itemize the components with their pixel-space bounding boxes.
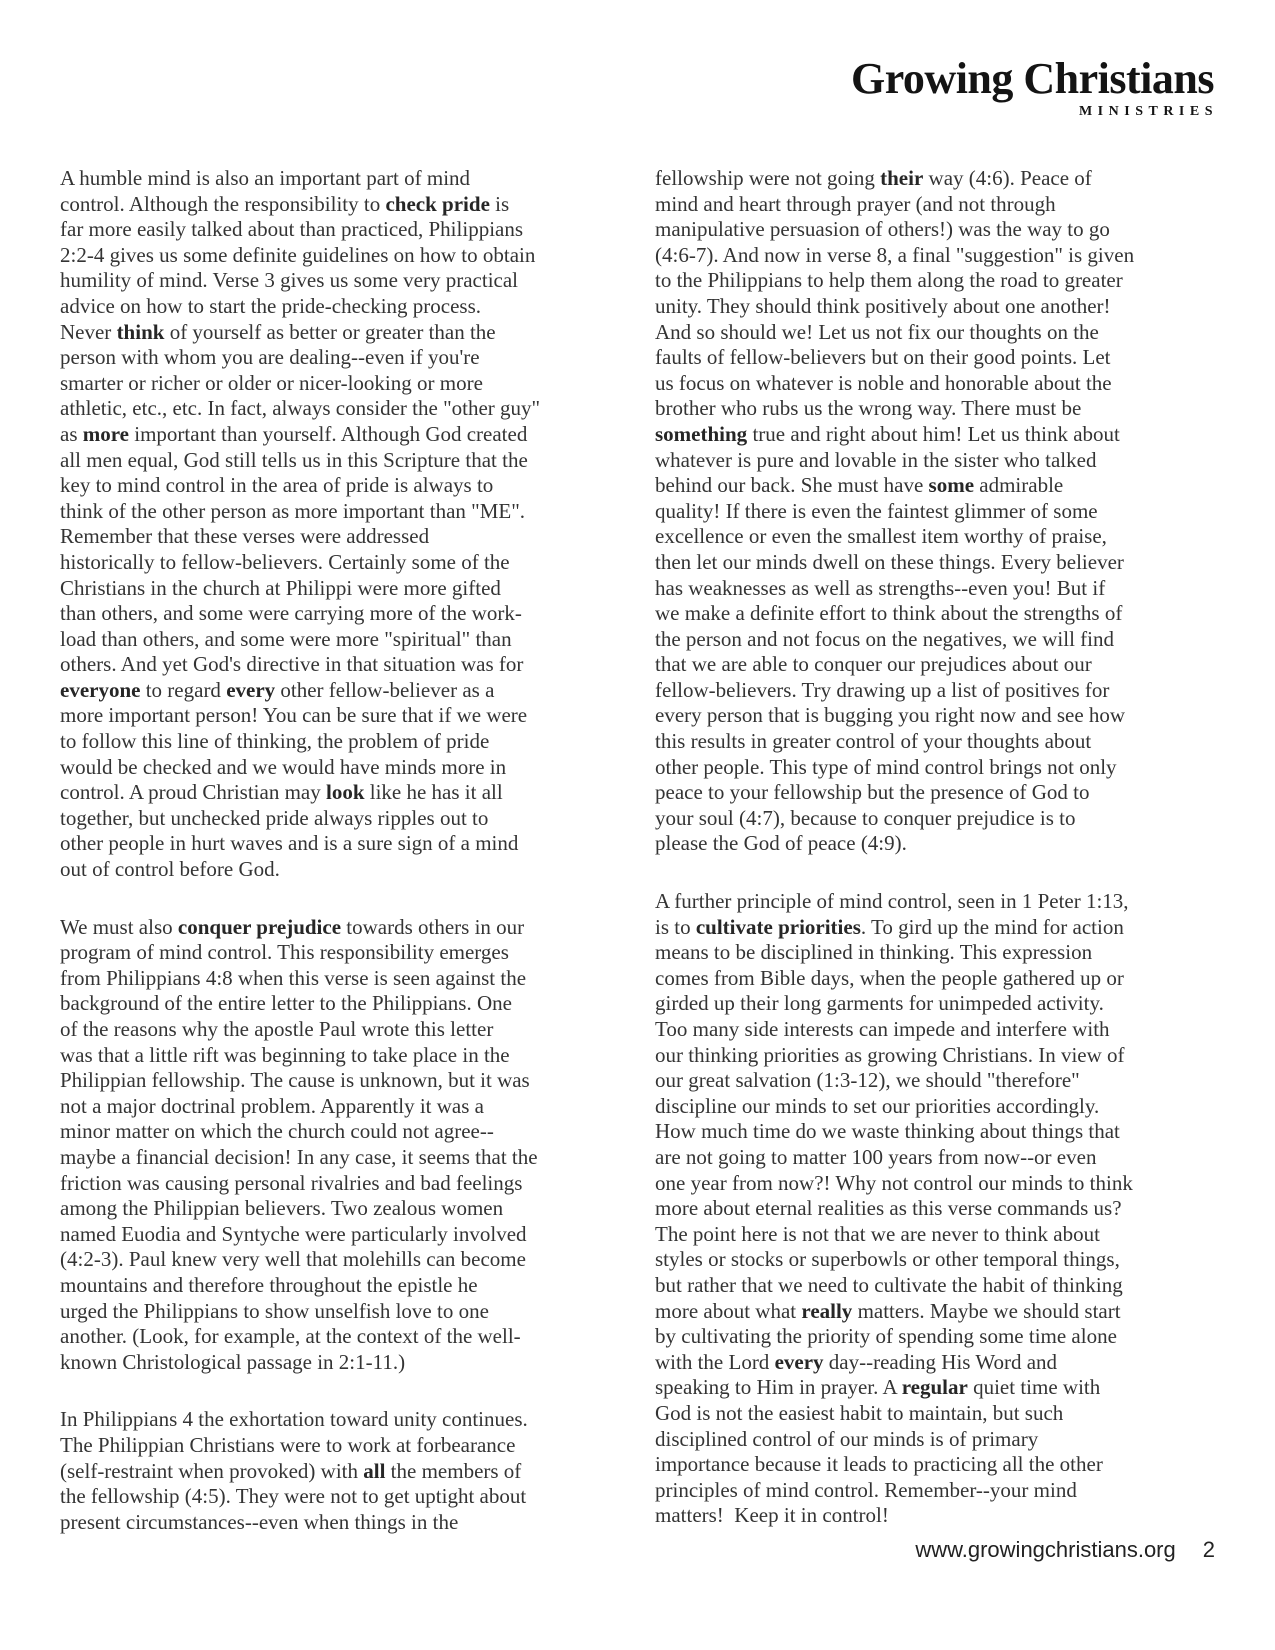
logo-title: Growing Christians: [851, 57, 1214, 101]
text-line: girded up their long garments for unimpe…: [655, 991, 1212, 1017]
text-line: program of mind control. This responsibi…: [60, 940, 617, 966]
paragraph: In Philippians 4 the exhortation toward …: [60, 1407, 617, 1535]
text-line: 2:2-4 gives us some definite guidelines …: [60, 243, 617, 269]
text-line: the person and not focus on the negative…: [655, 627, 1212, 653]
text-line: Too many side interests can impede and i…: [655, 1017, 1212, 1043]
text-line: (4:2-3). Paul knew very well that molehi…: [60, 1247, 617, 1273]
text-line: known Christological passage in 2:1-11.): [60, 1350, 617, 1376]
text-line: one year from now?! Why not control our …: [655, 1171, 1212, 1197]
text-line: would be checked and we would have minds…: [60, 755, 617, 781]
text-line: behind our back. She must have some admi…: [655, 473, 1212, 499]
text-line: And so should we! Let us not fix our tho…: [655, 320, 1212, 346]
text-line: was that a little rift was beginning to …: [60, 1043, 617, 1069]
logo-subtitle: MINISTRIES: [851, 104, 1218, 120]
text-line: manipulative persuasion of others!) was …: [655, 217, 1212, 243]
text-line: excellence or even the smallest item wor…: [655, 524, 1212, 550]
text-line: Never think of yourself as better or gre…: [60, 320, 617, 346]
text-line: minor matter on which the church could n…: [60, 1119, 617, 1145]
text-line: we make a definite effort to think about…: [655, 601, 1212, 627]
text-line: all men equal, God still tells us in thi…: [60, 448, 617, 474]
text-line: more about eternal realities as this ver…: [655, 1196, 1212, 1222]
text-line: whatever is pure and lovable in the sist…: [655, 448, 1212, 474]
text-line: fellow-believers. Try drawing up a list …: [655, 678, 1212, 704]
text-line: advice on how to start the pride-checkin…: [60, 294, 617, 320]
text-line: from Philippians 4:8 when this verse is …: [60, 966, 617, 992]
text-line: The point here is not that we are never …: [655, 1222, 1212, 1248]
text-line: peace to your fellowship but the presenc…: [655, 780, 1212, 806]
text-line: load than others, and some were more "sp…: [60, 627, 617, 653]
text-line: quality! If there is even the faintest g…: [655, 499, 1212, 525]
text-line: discipline our minds to set our prioriti…: [655, 1094, 1212, 1120]
text-line: importance because it leads to practicin…: [655, 1452, 1212, 1478]
text-line: background of the entire letter to the P…: [60, 991, 617, 1017]
text-line: has weaknesses as well as strengths--eve…: [655, 576, 1212, 602]
text-line: not a major doctrinal problem. Apparentl…: [60, 1094, 617, 1120]
text-line: faults of fellow-believers but on their …: [655, 345, 1212, 371]
text-line: styles or stocks or superbowls or other …: [655, 1247, 1212, 1273]
text-line: far more easily talked about than practi…: [60, 217, 617, 243]
text-line: other people in hurt waves and is a sure…: [60, 831, 617, 857]
text-line: means to be disciplined in thinking. Thi…: [655, 940, 1212, 966]
column-right: fellowship were not going their way (4:6…: [655, 166, 1212, 1567]
text-line: A humble mind is also an important part …: [60, 166, 617, 192]
text-line: brother who rubs us the wrong way. There…: [655, 396, 1212, 422]
text-line: among the Philippian believers. Two zeal…: [60, 1196, 617, 1222]
document-page: Growing Christians MINISTRIES A humble m…: [0, 0, 1275, 1650]
text-line: present circumstances--even when things …: [60, 1510, 617, 1536]
text-line: control. A proud Christian may look like…: [60, 780, 617, 806]
text-line: every person that is bugging you right n…: [655, 703, 1212, 729]
text-line: (4:6-7). And now in verse 8, a final "su…: [655, 243, 1212, 269]
text-line: please the God of peace (4:9).: [655, 831, 1212, 857]
text-line: God is not the easiest habit to maintain…: [655, 1401, 1212, 1427]
text-line: everyone to regard every other fellow-be…: [60, 678, 617, 704]
paragraph: We must also conquer prejudice towards o…: [60, 915, 617, 1376]
text-line: of the reasons why the apostle Paul wrot…: [60, 1017, 617, 1043]
text-line: athletic, etc., etc. In fact, always con…: [60, 396, 617, 422]
text-line: but rather that we need to cultivate the…: [655, 1273, 1212, 1299]
text-line: is to cultivate priorities. To gird up t…: [655, 915, 1212, 941]
text-line: us focus on whatever is noble and honora…: [655, 371, 1212, 397]
text-line: named Euodia and Syntyche were particula…: [60, 1222, 617, 1248]
text-line: as more important than yourself. Althoug…: [60, 422, 617, 448]
text-line: comes from Bible days, when the people g…: [655, 966, 1212, 992]
text-line: control. Although the responsibility to …: [60, 192, 617, 218]
text-line: We must also conquer prejudice towards o…: [60, 915, 617, 941]
text-line: our great salvation (1:3-12), we should …: [655, 1068, 1212, 1094]
text-line: that we are able to conquer our prejudic…: [655, 652, 1212, 678]
text-line: then let our minds dwell on these things…: [655, 550, 1212, 576]
text-line: (self-restraint when provoked) with all …: [60, 1459, 617, 1485]
text-line: our thinking priorities as growing Chris…: [655, 1043, 1212, 1069]
text-line: key to mind control in the area of pride…: [60, 473, 617, 499]
text-line: mind and heart through prayer (and not t…: [655, 192, 1212, 218]
text-line: together, but unchecked pride always rip…: [60, 806, 617, 832]
text-line: In Philippians 4 the exhortation toward …: [60, 1407, 617, 1433]
text-line: Remember that these verses were addresse…: [60, 524, 617, 550]
text-line: think of the other person as more import…: [60, 499, 617, 525]
paragraph: A humble mind is also an important part …: [60, 166, 617, 883]
logo: Growing Christians MINISTRIES: [851, 57, 1214, 120]
text-line: your soul (4:7), because to conquer prej…: [655, 806, 1212, 832]
text-line: Christians in the church at Philippi wer…: [60, 576, 617, 602]
text-line: something true and right about him! Let …: [655, 422, 1212, 448]
text-line: disciplined control of our minds is of p…: [655, 1427, 1212, 1453]
text-line: unity. They should think positively abou…: [655, 294, 1212, 320]
text-line: friction was causing personal rivalries …: [60, 1171, 617, 1197]
text-line: others. And yet God's directive in that …: [60, 652, 617, 678]
text-line: Philippian fellowship. The cause is unkn…: [60, 1068, 617, 1094]
text-line: A further principle of mind control, see…: [655, 889, 1212, 915]
text-line: fellowship were not going their way (4:6…: [655, 166, 1212, 192]
text-line: the fellowship (4:5). They were not to g…: [60, 1484, 617, 1510]
page-number: 2: [1203, 1537, 1215, 1562]
text-line: speaking to Him in prayer. A regular qui…: [655, 1375, 1212, 1401]
text-line: this results in greater control of your …: [655, 729, 1212, 755]
text-line: by cultivating the priority of spending …: [655, 1324, 1212, 1350]
footer: www.growingchristians.org2: [915, 1537, 1215, 1563]
text-line: are not going to matter 100 years from n…: [655, 1145, 1212, 1171]
text-line: humility of mind. Verse 3 gives us some …: [60, 268, 617, 294]
text-line: The Philippian Christians were to work a…: [60, 1433, 617, 1459]
column-left: A humble mind is also an important part …: [60, 166, 617, 1567]
text-line: How much time do we waste thinking about…: [655, 1119, 1212, 1145]
text-line: to the Philippians to help them along th…: [655, 268, 1212, 294]
text-line: than others, and some were carrying more…: [60, 601, 617, 627]
paragraph: A further principle of mind control, see…: [655, 889, 1212, 1529]
text-line: to follow this line of thinking, the pro…: [60, 729, 617, 755]
text-line: historically to fellow-believers. Certai…: [60, 550, 617, 576]
text-columns: A humble mind is also an important part …: [60, 166, 1212, 1567]
footer-url: www.growingchristians.org: [915, 1537, 1175, 1562]
text-line: principles of mind control. Remember--yo…: [655, 1478, 1212, 1504]
text-line: person with whom you are dealing--even i…: [60, 345, 617, 371]
text-line: more important person! You can be sure t…: [60, 703, 617, 729]
text-line: more about what really matters. Maybe we…: [655, 1299, 1212, 1325]
text-line: out of control before God.: [60, 857, 617, 883]
text-line: urged the Philippians to show unselfish …: [60, 1299, 617, 1325]
text-line: with the Lord every day--reading His Wor…: [655, 1350, 1212, 1376]
text-line: mountains and therefore throughout the e…: [60, 1273, 617, 1299]
text-line: other people. This type of mind control …: [655, 755, 1212, 781]
text-line: matters! Keep it in control!: [655, 1503, 1212, 1529]
paragraph: fellowship were not going their way (4:6…: [655, 166, 1212, 857]
text-line: maybe a financial decision! In any case,…: [60, 1145, 617, 1171]
text-line: smarter or richer or older or nicer-look…: [60, 371, 617, 397]
text-line: another. (Look, for example, at the cont…: [60, 1324, 617, 1350]
